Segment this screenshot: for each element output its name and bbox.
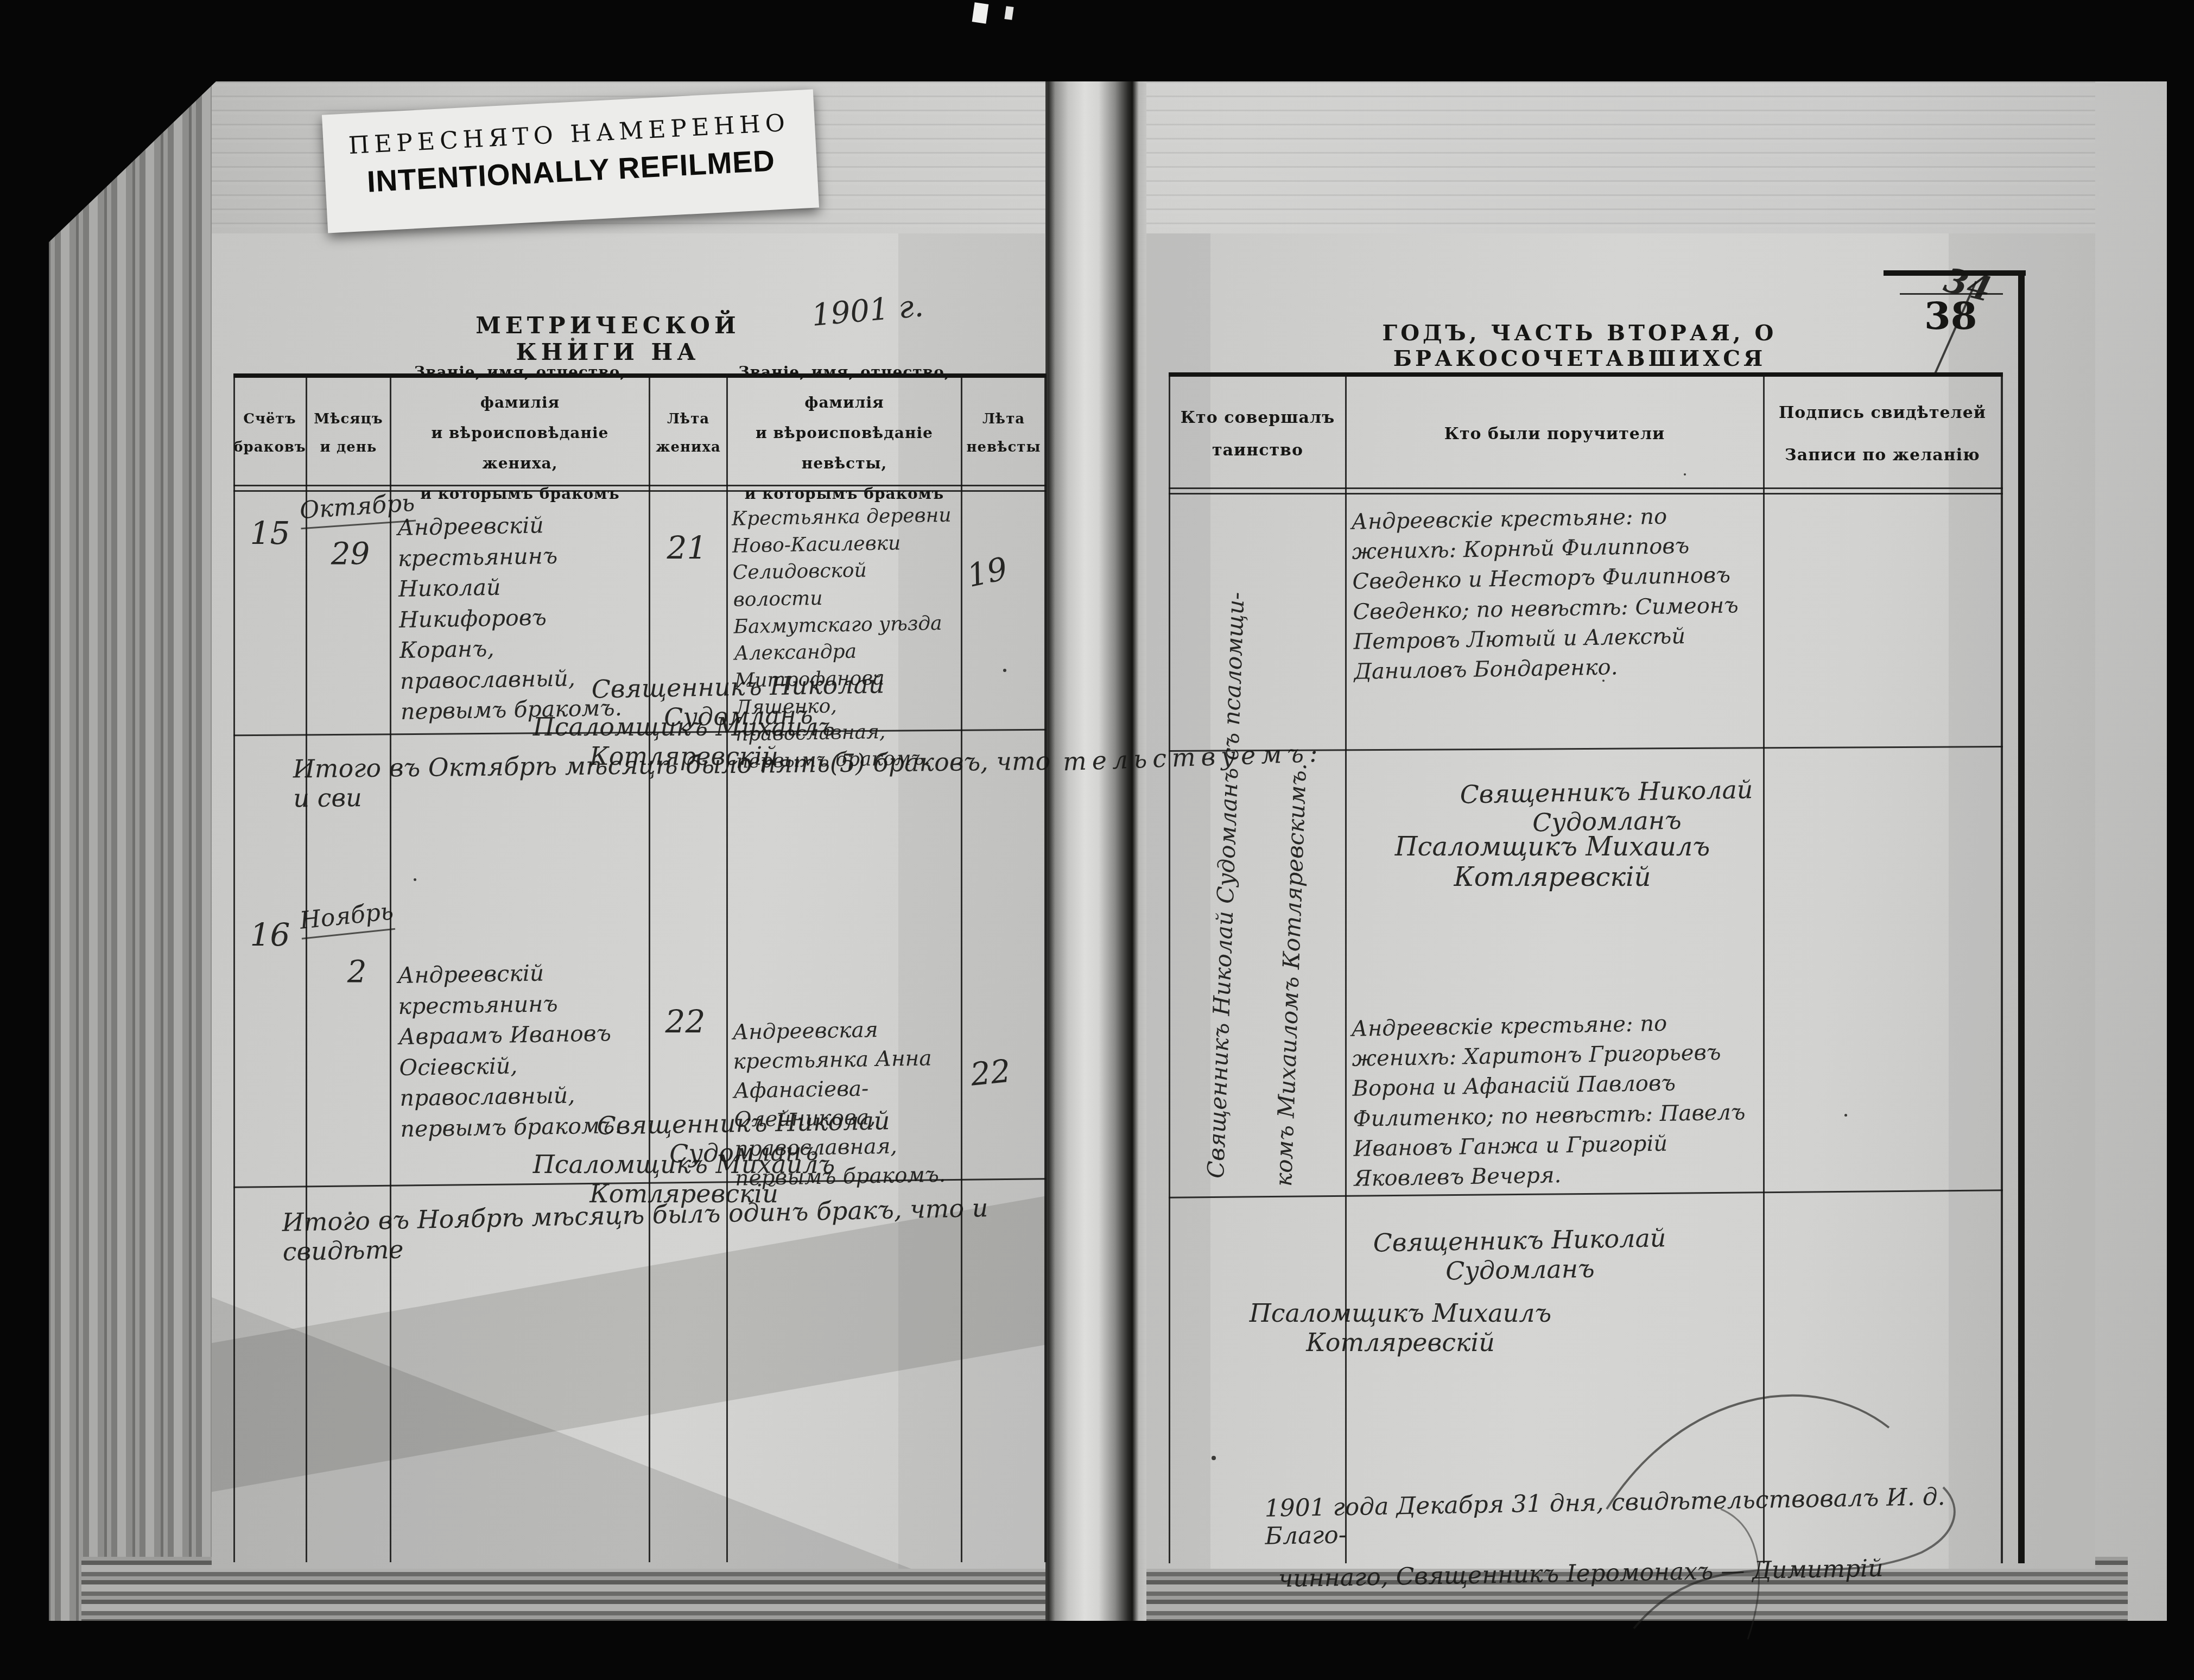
dust-speck: [348, 1212, 352, 1215]
col-header-officiant: Кто совершалъ таинство: [1171, 383, 1345, 486]
record-16-groom-age: 22: [654, 1003, 716, 1040]
dust-speck: [1212, 1456, 1216, 1460]
dust-speck: [1684, 473, 1686, 476]
col-header-guarantors: Кто были поручители: [1347, 383, 1762, 486]
right-table-top-border: [1169, 372, 2003, 377]
black-margin-left: [0, 0, 49, 1680]
record-16-bride-age: 22: [969, 1052, 1013, 1093]
right-header-rule-2: [1169, 493, 2003, 495]
book-gutter-fold: [1045, 80, 1146, 1621]
left-table-border-l: [233, 373, 235, 1562]
dust-speck: [414, 878, 416, 881]
corner-frame-top-inner: [1900, 293, 2003, 295]
left-table-border-r: [1044, 373, 1047, 1562]
col-header-bride-info: Званіе, имя, отчество, фамилія и вѣроисп…: [728, 383, 960, 483]
black-margin-top: [0, 0, 2194, 81]
right-mid-psalmist-signature: Псаломщикъ Михаилъ Котляревскій: [1314, 832, 1791, 892]
page-stack-right-edge: [2087, 80, 2168, 1621]
right-table-border-r: [2001, 372, 2003, 1563]
right-header-rule: [1169, 487, 2003, 489]
record-15-groom-age: 21: [656, 529, 718, 566]
col-header-month-day: Мѣсяцъ и день: [308, 383, 389, 483]
right-mid-priest-signature: Священникъ Николай Судомланъ: [1389, 774, 1824, 840]
black-margin-right: [2167, 0, 2194, 1680]
dust-speck: [1602, 680, 1605, 682]
col-header-groom-info: Званіе, имя, отчество, фамилія и вѣроисп…: [392, 383, 648, 483]
col-header-count: Счётъ браковъ: [234, 383, 305, 483]
col-header-witness-signature: Подпись свидѣтелей Записи по желанію: [1765, 383, 2000, 486]
refilmed-book-photograph: МЕТРИЧЕСКОЙ КНИГИ НА 1901 г. Счётъ брако…: [0, 0, 2194, 1680]
dust-speck: [571, 338, 574, 341]
total-october-line: Итого въ Октябрѣ мѣсяцѣ было пять(5) бра…: [293, 746, 1064, 813]
left-col-line-2: [390, 373, 391, 1562]
record-15-number: 15: [239, 515, 301, 551]
left-col-line-1: [306, 373, 307, 1562]
corner-frame-top: [1884, 270, 2026, 276]
corner-frame-right: [2018, 270, 2025, 1563]
col-header-bride-age: Лѣта невѣсты: [963, 383, 1044, 483]
right-bottom-priest-signature: Священникъ Николай Судомланъ: [1297, 1222, 1743, 1288]
record-16-day: 2: [326, 954, 388, 990]
ink-flourish: [1585, 1346, 1976, 1650]
col-header-groom-age: Лѣта жениха: [651, 383, 726, 483]
left-col-line-4: [726, 373, 728, 1562]
page-stack-left-edge: [48, 80, 212, 1621]
film-notch: [972, 2, 989, 23]
left-col-line-5: [961, 373, 962, 1562]
record-15-day: 29: [319, 536, 382, 572]
right-col-line-1: [1345, 372, 1347, 1563]
record-15-guarantors: Андреевскіе крестьяне: по женихѣ: Корнѣй…: [1351, 500, 1772, 687]
record-16-number: 16: [239, 916, 301, 953]
dust-speck: [1844, 1114, 1847, 1117]
right-page-title: ГОДЪ, ЧАСТЬ ВТОРАЯ, О БРАКОСОЧЕТАВШИХСЯ: [1292, 320, 1867, 371]
record-16-guarantors: Андреевскіе крестьяне: по женихѣ: Харито…: [1351, 1007, 1778, 1194]
dust-speck: [1003, 669, 1006, 672]
right-table-border-l: [1169, 372, 1170, 1563]
right-bottom-psalmist-signature: Псаломщикъ Михаилъ Котляревскій: [1162, 1298, 1639, 1357]
